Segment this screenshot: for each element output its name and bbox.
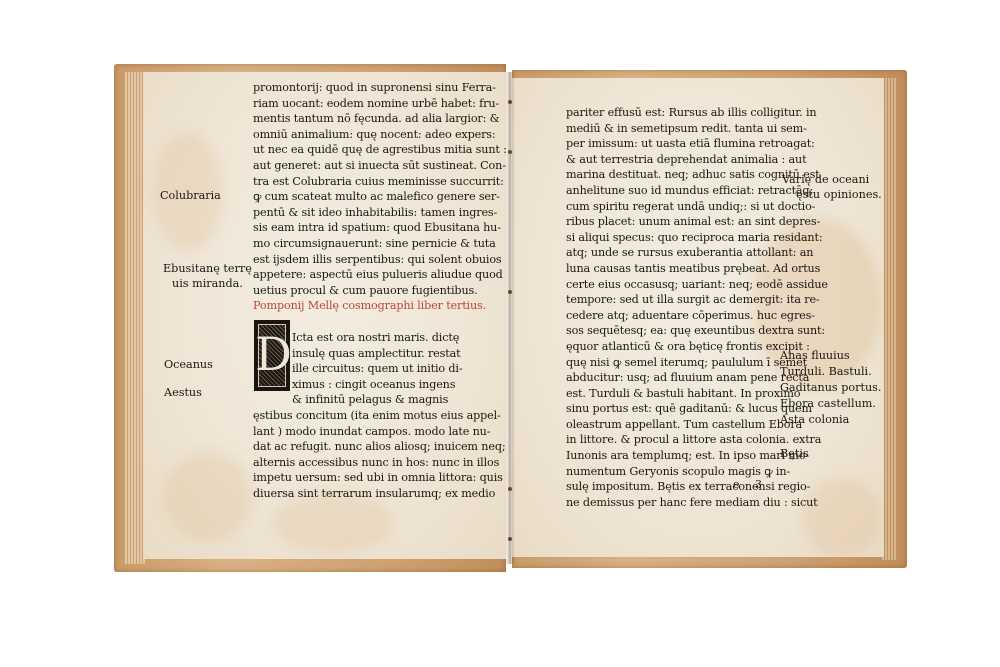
signature-mark: e 3: [733, 478, 768, 491]
binding-stitch: [508, 487, 512, 491]
text-line: certe eius occasusq; uariant: neq; eodē …: [566, 277, 828, 293]
text-line: alternis accessibus nunc in hos: nunc in…: [253, 455, 505, 471]
text-line: ne demissus per hanc fere mediam diu : s…: [566, 495, 828, 511]
text-line: sos sequētesq; ea: quę exeuntibus dextra…: [566, 323, 828, 339]
right-page-edges: [882, 78, 896, 560]
binding-stitch: [508, 150, 512, 154]
text-line: tra est Colubraria cuius meminisse succu…: [253, 174, 507, 190]
text-line: sulę impositum. Bętis ex terraconensi re…: [566, 479, 828, 495]
text-line: mentis tantum nō fęcunda. ad alia largio…: [253, 111, 507, 127]
text-line: atq; unde se rursus exuberantia attollan…: [566, 245, 828, 261]
foxing-stain: [163, 452, 253, 542]
text-line: omniū animalium: quę nocent: adeo expers…: [253, 127, 507, 143]
margin-note: Anas fluuius: [780, 348, 850, 364]
text-line: si aliqui specus: quo reciproca maria re…: [566, 230, 828, 246]
margin-note: Bętis: [780, 446, 809, 462]
text-line: mo circumsignauerunt: sine pernicie & tu…: [253, 236, 507, 252]
open-book: promontorij: quod in supronensi sinu Fer…: [0, 0, 1000, 667]
text-line: promontorij: quod in supronensi sinu Fer…: [253, 80, 507, 96]
text-line: sis eam intra id spatium: quod Ebusitana…: [253, 220, 507, 236]
text-line: cum spiritu regerat undā undiq;: si ut d…: [566, 199, 828, 215]
margin-note: ęstu opiniones.: [796, 187, 882, 203]
text-line: lant ) modo inundat campos. modo late nu…: [253, 424, 505, 440]
text-line: uetius procul & cum pauore fugientibus.: [253, 283, 507, 299]
text-line: ꝙ cum scateat multo ac malefico genere s…: [253, 189, 507, 205]
text-line: aut generet: aut si inuecta sūt sustinea…: [253, 158, 507, 174]
text-line: ille circuitus: quem ut initio di-: [292, 361, 462, 377]
text-line: est ijsdem illis serpentibus: qui solent…: [253, 252, 507, 268]
margin-note: uis miranda.: [172, 276, 243, 292]
margin-note: Oceanus: [164, 357, 213, 373]
text-line: numentum Geryonis scopulo magis ꝙ in-: [566, 464, 828, 480]
text-line: ęstibus concitum (ita enim motus eius ap…: [253, 408, 505, 424]
margin-note: Aestus: [164, 385, 202, 401]
text-line: cedere atq; aduentare cōperimus. huc egr…: [566, 308, 828, 324]
margin-note: Colubraria: [160, 188, 221, 204]
margin-note: Ebusitanę terrę: [163, 261, 252, 277]
binding-stitch: [508, 290, 512, 294]
margin-note: Asta colonia: [780, 412, 849, 428]
binding-stitch: [508, 537, 512, 541]
binding-stitch: [508, 100, 512, 104]
text-line: appetere: aspectū eius pulueris aliudue …: [253, 267, 507, 283]
text-line: luna causas tantis meatibus prębeat. Ad …: [566, 261, 828, 277]
text-line: pariter effusū est: Rursus ab illis coll…: [566, 105, 828, 121]
left-body-text-continued: ęstibus concitum (ita enim motus eius ap…: [253, 408, 505, 502]
text-line: diuersa sint terrarum insularumq; ex med…: [253, 486, 505, 502]
left-body-text: promontorij: quod in supronensi sinu Fer…: [253, 80, 507, 314]
text-line: riam uocant: eodem nomine urbē habet: fr…: [253, 96, 507, 112]
text-line: pentū & sit ideo inhabitabilis: tamen in…: [253, 205, 507, 221]
rubric-heading: Pomponij Mellę cosmographi liber tertius…: [253, 298, 507, 314]
left-page-edges: [125, 72, 145, 564]
margin-note: Varię de oceani: [782, 172, 869, 188]
text-line: dat ac refugit. nunc alios aliosq; inuic…: [253, 439, 505, 455]
margin-note: Ebora castellum.: [780, 396, 876, 412]
initial-letter: D: [255, 331, 289, 377]
decorated-initial: D: [254, 320, 290, 391]
margin-note: Turduli. Bastuli.: [780, 364, 872, 380]
text-line: tempore: sed ut illa surgit ac demergit:…: [566, 292, 828, 308]
text-line: ribus placet: unum animal est: an sint d…: [566, 214, 828, 230]
text-line: ximus : cingit oceanus ingens: [292, 377, 462, 393]
text-line: & infinitū pelagus & magnis: [292, 392, 462, 408]
text-line: ut nec ea quidē quę de agrestibus mitia …: [253, 142, 507, 158]
text-line: insulę quas amplectitur. restat: [292, 346, 462, 362]
text-line: per imissum: ut uasta etiā flumina retro…: [566, 136, 828, 152]
text-line: impetu uersum: sed ubi in omnia littora:…: [253, 470, 505, 486]
margin-note: Gaditanus portus.: [780, 380, 881, 396]
initial-adjacent-text: Icta est ora nostri maris. dictę insulę …: [292, 330, 462, 408]
text-line: Icta est ora nostri maris. dictę: [292, 330, 462, 346]
text-line: mediū & in semetipsum redit. tanta ui se…: [566, 121, 828, 137]
text-line: & aut terrestria deprehendat animalia : …: [566, 152, 828, 168]
